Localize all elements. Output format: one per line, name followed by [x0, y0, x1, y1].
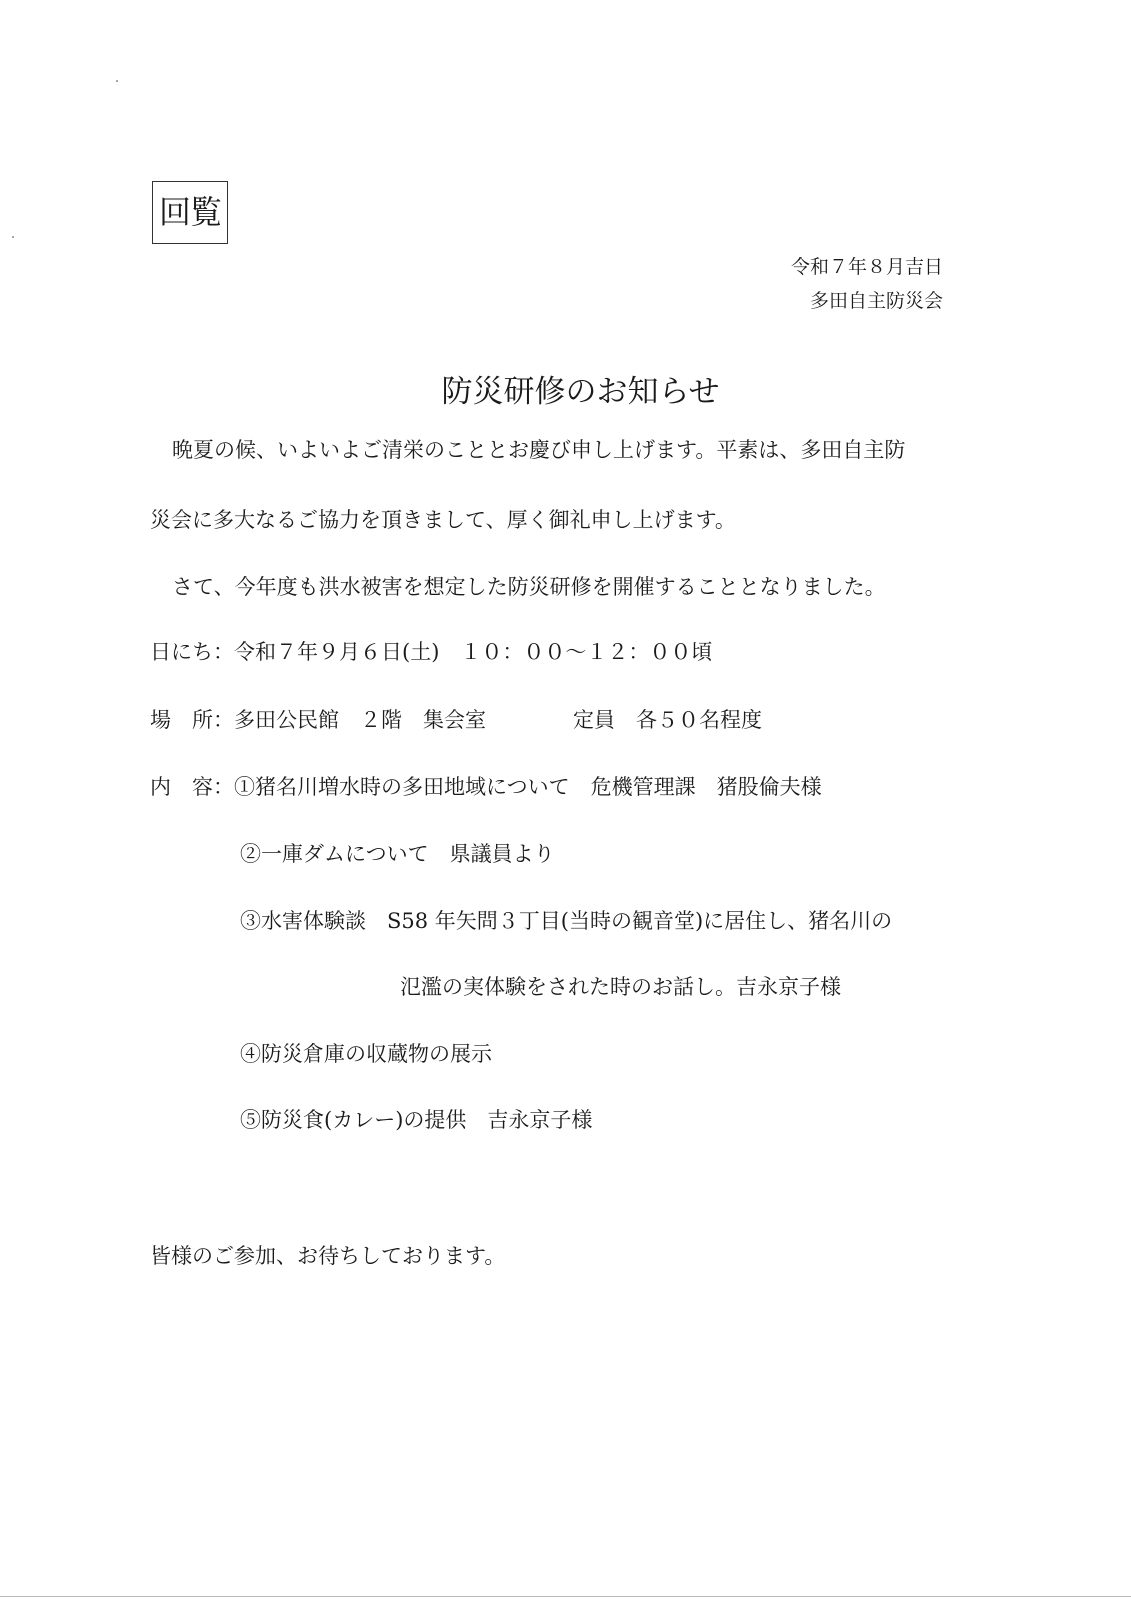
document-date: 令和７年８月吉日 [791, 252, 943, 279]
content-item-4: ④防災倉庫の収蔵物の展示 [240, 1038, 492, 1068]
content-row: 内 容：①猪名川増水時の多田地域について 危機管理課 猪股倫夫様 [150, 771, 822, 801]
date-label: 日にち： [150, 640, 234, 664]
content-item-3: ③水害体験談 S58 年矢問３丁目(当時の観音堂)に居住し、猪名川の [240, 905, 892, 935]
greeting-line-1: 晩夏の候、いよいよご清栄のこととお慶び申し上げます。平素は、多田自主防 [172, 434, 905, 464]
document-title: 防災研修のお知らせ [0, 366, 1131, 411]
capacity: 定員 各５０名程度 [573, 704, 762, 734]
place-label: 場 所： [150, 708, 234, 732]
content-label: 内 容： [150, 775, 234, 799]
circulation-mark: 回覧 [152, 181, 228, 244]
place-value: 多田公民館 ２階 集会室 [234, 708, 486, 732]
page-bottom-edge [0, 1596, 1131, 1597]
greeting-line-2: 災会に多大なるご協力を頂きまして、厚く御礼申し上げます。 [150, 504, 736, 534]
place-row: 場 所：多田公民館 ２階 集会室 [150, 704, 486, 734]
scan-speck [116, 80, 118, 82]
closing-message: 皆様のご参加、お待ちしております。 [150, 1240, 505, 1270]
content-item-5: ⑤防災食(カレー)の提供 吉永京子様 [240, 1104, 592, 1134]
greeting-line-3: さて、今年度も洪水被害を想定した防災研修を開催することとなりました。 [172, 571, 886, 601]
content-item-1: ①猪名川増水時の多田地域について 危機管理課 猪股倫夫様 [234, 775, 822, 799]
date-value: 令和７年９月６日(土) １０：００～１２：００頃 [234, 640, 712, 664]
organization-name: 多田自主防災会 [810, 286, 943, 313]
scan-speck [12, 236, 14, 238]
content-item-2: ②一庫ダムについて 県議員より [240, 838, 555, 868]
date-row: 日にち：令和７年９月６日(土) １０：００～１２：００頃 [150, 636, 712, 666]
content-item-3-continued: 氾濫の実体験をされた時のお話し。吉永京子様 [400, 971, 841, 1001]
